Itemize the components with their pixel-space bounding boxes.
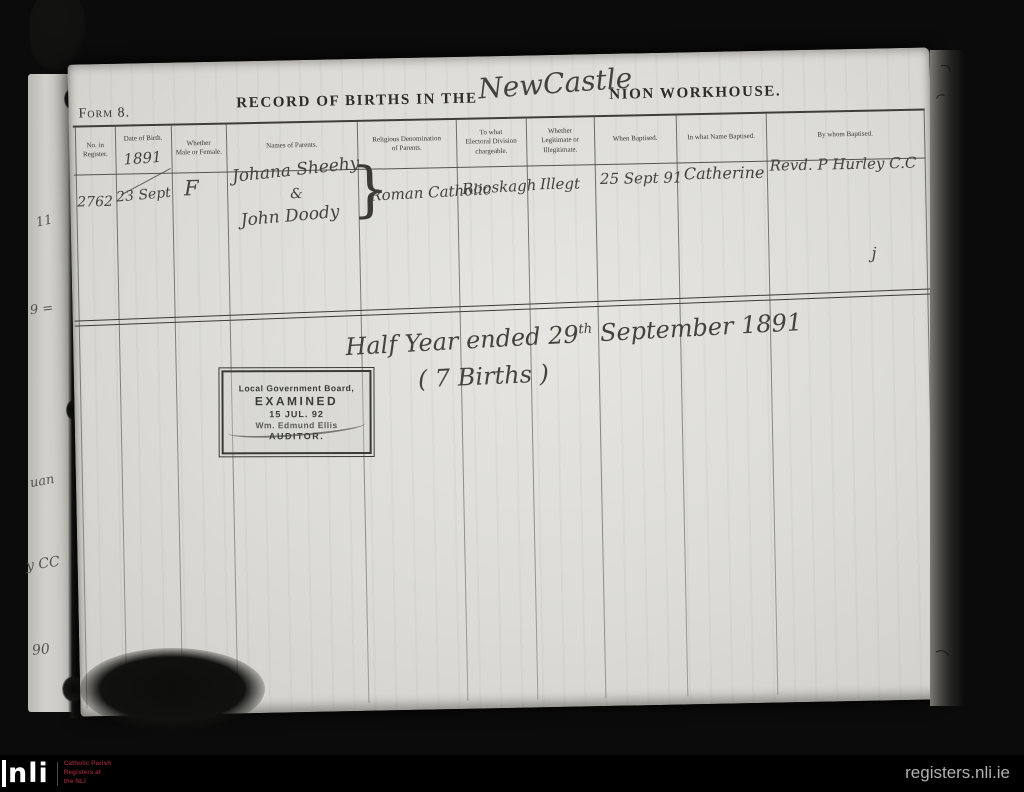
column-rule xyxy=(171,125,184,707)
form-number-label: Form 8. xyxy=(78,105,130,122)
footer-caption: Catholic Parish Registers at the NLI xyxy=(64,760,111,786)
margin-fragment: 9 = xyxy=(29,301,54,318)
cell-baptised-name: Catherine xyxy=(684,163,765,184)
cell-sex: F xyxy=(184,176,199,200)
margin-fragment: y CC xyxy=(25,554,61,575)
column-header-baptised-name: In what Name Baptised. xyxy=(676,113,767,163)
register-page: Form 8. RECORD OF BIRTHS IN THE NewCastl… xyxy=(68,47,943,716)
half-year-ordinal: th xyxy=(578,322,593,338)
column-rule xyxy=(115,126,128,708)
half-year-note: Half Year ended 29th September 1891 xyxy=(345,308,803,361)
thumb-shadow xyxy=(80,648,265,730)
margin-fragment: 90 xyxy=(31,641,50,659)
binding-thread xyxy=(927,648,953,676)
column-header-sex: Whether Male or Female. xyxy=(171,124,227,173)
column-rule xyxy=(594,116,607,698)
column-header-legitimacy: Whether Legitimate or Illegitimate. xyxy=(526,116,595,165)
margin-fragment: uan xyxy=(29,472,56,491)
column-rule xyxy=(456,119,469,701)
stray-pen-mark: j xyxy=(871,244,876,263)
half-year-text: Half Year ended 29 xyxy=(345,320,580,361)
column-rule xyxy=(526,118,539,700)
stamp-date: 15 JUL. 92 xyxy=(269,409,324,419)
scan-viewport: 11 9 = uan y CC 90 Form 8. RECORD OF BIR… xyxy=(0,0,1024,792)
cell-parent-2: John Doody xyxy=(240,202,340,231)
cell-register-no: 2762 xyxy=(77,194,113,211)
footer-bar: nli Catholic Parish Registers at the NLI… xyxy=(0,755,1024,792)
column-rule xyxy=(676,115,689,697)
year-handwritten: 1891 xyxy=(123,148,162,169)
auditor-stamp: Local Government Board, EXAMINED 15 JUL.… xyxy=(221,370,371,454)
footer-divider xyxy=(57,762,58,786)
cell-when-baptised: 25 Sept 91 xyxy=(600,168,683,188)
nli-logo: nli xyxy=(2,760,49,787)
column-header-when-baptised: When Baptised. xyxy=(594,115,677,165)
binding-thread xyxy=(927,61,956,93)
column-header-division: To what Electoral Division chargeable. xyxy=(456,118,527,167)
cell-baptised-by: Revd. P Hurley C.C xyxy=(770,154,917,175)
corner-shadow xyxy=(30,0,86,70)
scan-area[interactable]: 11 9 = uan y CC 90 Form 8. RECORD OF BIR… xyxy=(0,0,1024,755)
column-header-register-no: No. in Register. xyxy=(75,126,116,175)
cell-parents-ampersand: & xyxy=(290,186,303,202)
page-title-suffix: NION WORKHOUSE. xyxy=(609,83,781,103)
margin-fragment: 11 xyxy=(35,212,54,230)
page-title-printed: RECORD OF BIRTHS IN THE xyxy=(236,90,478,112)
previous-page-edge: 11 9 = uan y CC 90 xyxy=(28,74,72,712)
cell-electoral-division: Rooskagh xyxy=(462,176,537,198)
page-right-edge xyxy=(930,50,964,706)
stamp-board-line: Local Government Board, xyxy=(239,383,354,393)
column-rule xyxy=(766,113,779,695)
cell-legitimacy: Illegt xyxy=(540,174,580,193)
births-count-note: ( 7 Births ) xyxy=(417,359,549,393)
cell-date-of-birth: 23 Sept xyxy=(116,185,172,206)
stamp-examined: EXAMINED xyxy=(255,394,338,408)
binding-thread xyxy=(933,92,953,116)
site-url: registers.nli.ie xyxy=(905,763,1010,783)
